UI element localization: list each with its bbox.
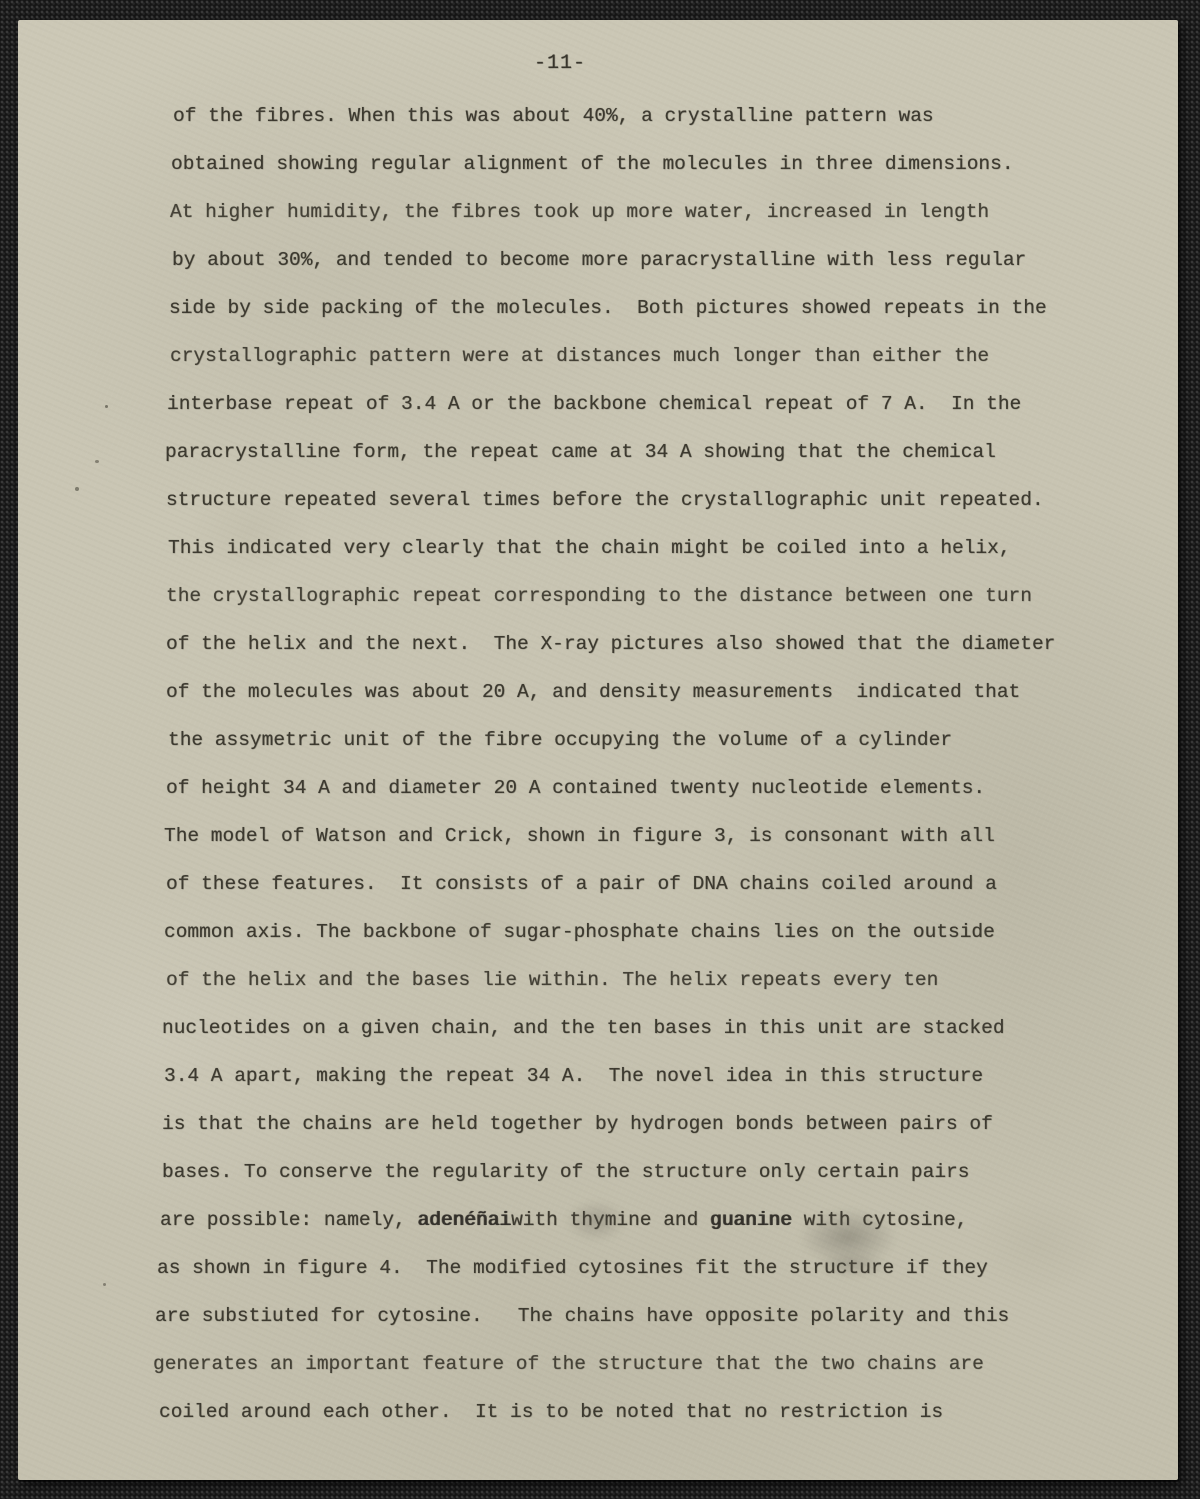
text-line: generates an important feature of the st… <box>153 1340 1122 1388</box>
paper-speck <box>95 460 99 463</box>
text-line: common axis. The backbone of sugar-phosp… <box>164 908 1122 956</box>
text-line: of the helix and the bases lie within. T… <box>166 956 1122 1004</box>
text-line: are substiuted for cytosine. The chains … <box>155 1292 1122 1340</box>
text-line: of these features. It consists of a pair… <box>166 860 1122 908</box>
text-line: the assymetric unit of the fibre occupyi… <box>168 716 1122 764</box>
page-body: of the fibres. When this was about 40%, … <box>162 92 1122 1436</box>
text-line: the crystallographic repeat correspondin… <box>166 572 1122 620</box>
text-line: obtained showing regular alignment of th… <box>171 140 1122 188</box>
page-number: -11- <box>534 50 586 78</box>
text-line: The model of Watson and Crick, shown in … <box>164 812 1122 860</box>
text-line: of the fibres. When this was about 40%, … <box>173 92 1122 140</box>
text-line: This indicated very clearly that the cha… <box>168 524 1122 572</box>
overtyped-text: guanine <box>710 1209 792 1231</box>
text-line: interbase repeat of 3.4 A or the backbon… <box>167 380 1122 428</box>
text-line: is that the chains are held together by … <box>162 1100 1122 1148</box>
text-segment: are possible: namely, <box>160 1209 417 1231</box>
paper-speck <box>103 1283 106 1286</box>
text-line: 3.4 A apart, making the repeat 34 A. The… <box>164 1052 1122 1100</box>
text-line: crystallographic pattern were at distanc… <box>170 332 1122 380</box>
text-line: of the helix and the next. The X-ray pic… <box>166 620 1122 668</box>
overtyped-text: adenéñai <box>417 1209 511 1231</box>
text-line: nucleotides on a given chain, and the te… <box>162 1004 1122 1052</box>
text-line: as shown in figure 4. The modified cytos… <box>157 1244 1122 1292</box>
paper-speck <box>75 487 79 491</box>
text-line: of height 34 A and diameter 20 A contain… <box>166 764 1122 812</box>
document-page: -11- of the fibres. When this was about … <box>18 20 1178 1480</box>
text-line: by about 30%, and tended to become more … <box>172 236 1122 284</box>
text-line: side by side packing of the molecules. B… <box>169 284 1122 332</box>
text-line: structure repeated several times before … <box>166 476 1122 524</box>
text-line: coiled around each other. It is to be no… <box>159 1388 1122 1436</box>
text-line: paracrystalline form, the repeat came at… <box>165 428 1122 476</box>
text-line: of the molecules was about 20 A, and den… <box>166 668 1122 716</box>
text-line: bases. To conserve the regularity of the… <box>162 1148 1122 1196</box>
text-segment: with thymine and <box>511 1209 710 1231</box>
paper-speck <box>105 405 108 408</box>
text-line: At higher humidity, the fibres took up m… <box>170 188 1122 236</box>
text-segment: with cytosine, <box>792 1209 968 1231</box>
text-line: are possible: namely, adenéñaiwith thymi… <box>160 1196 1122 1244</box>
